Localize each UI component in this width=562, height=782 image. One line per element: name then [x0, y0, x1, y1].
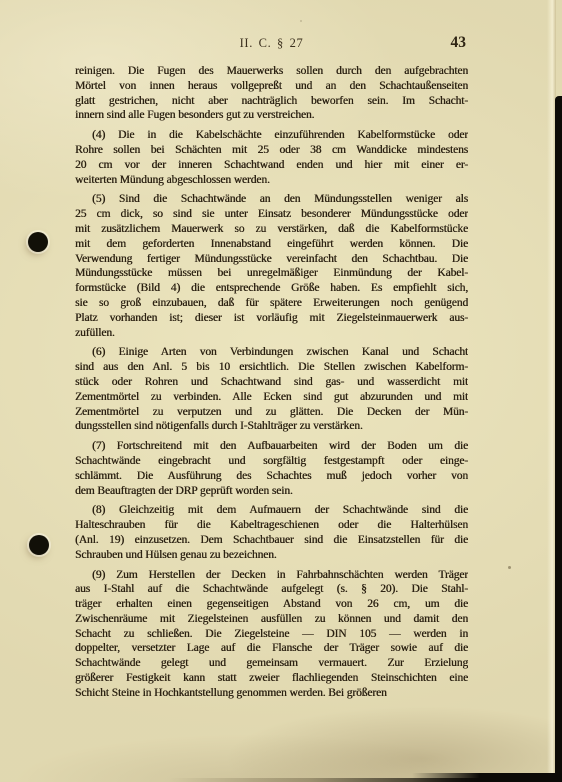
text-line: dungsstellen sind nötigenfalls durch I-S…	[75, 419, 468, 434]
text-line: Verwendung fertiger Mündungsstücke verei…	[75, 252, 468, 267]
paragraph: (8) Gleichzeitig mit dem Aufmauern der S…	[75, 503, 468, 562]
text-line: innern sind alle Fugen besonders gut zu …	[75, 108, 468, 123]
text-line: aus I-Stahl auf die Schachtwände aufgele…	[75, 582, 468, 597]
text-line: Rohre sollen bei Schächten mit 25 oder 3…	[75, 143, 468, 158]
text-line: sind aus den Anl. 5 bis 10 ersichtlich. …	[75, 360, 468, 375]
text-line: Mörtel von innen heraus vollgepreßt und …	[75, 79, 468, 94]
text-line: zufüllen.	[75, 326, 468, 341]
dust-speck	[508, 566, 511, 569]
paragraph: (7) Fortschreitend mit den Aufbauarbeite…	[75, 439, 468, 498]
text-line: (7) Fortschreitend mit den Aufbauarbeite…	[75, 439, 468, 454]
dust-speck	[300, 20, 302, 22]
text-line: Zementmörtel zu verputzen und zu glätten…	[75, 405, 468, 420]
text-line: Zwischenräume mit Ziegelsteinen ausfülle…	[75, 612, 468, 627]
text-block: reinigen. Die Fugen des Mauerwerks solle…	[75, 64, 468, 701]
text-line: schlämmt. Die Ausführung des Schachtes m…	[75, 469, 468, 484]
text-line: Schicht Steine in Hochkantstellung genom…	[75, 686, 468, 701]
paragraph: (4) Die in die Kabelschächte einzuführen…	[75, 128, 468, 187]
scan-edge-right	[555, 96, 562, 782]
text-line: 25 cm dick, so sind sie unter Einsatz be…	[75, 207, 468, 222]
text-line: größerer Festigkeit kann statt zweier fl…	[75, 671, 468, 686]
text-line: (4) Die in die Kabelschächte einzuführen…	[75, 128, 468, 143]
paragraph: (9) Zum Herstellen der Decken in Fahrbah…	[75, 568, 468, 701]
text-line: Schacht zu schließen. Die Ziegelsteine —…	[75, 627, 468, 642]
text-line: träger erhalten einen gegenseitigen Abst…	[75, 597, 468, 612]
text-line: glatt gestrichen, nicht aber nachträglic…	[75, 94, 468, 109]
text-line: sie so groß einzubauen, daß für spätere …	[75, 296, 468, 311]
scanned-book-page: II. C. § 27 43 reinigen. Die Fugen des M…	[0, 0, 562, 782]
scan-edge-corner	[412, 773, 562, 782]
text-line: mit dem geforderten Innenabstand eingefü…	[75, 237, 468, 252]
paragraph: reinigen. Die Fugen des Mauerwerks solle…	[75, 64, 468, 123]
text-line: Schrauben und Hülsen genau zu bezeichnen…	[75, 548, 468, 563]
text-line: (8) Gleichzeitig mit dem Aufmauern der S…	[75, 503, 468, 518]
text-line: (9) Zum Herstellen der Decken in Fahrbah…	[75, 568, 468, 583]
running-header: II. C. § 27	[75, 36, 468, 51]
punch-hole-bottom	[29, 535, 49, 555]
text-line: (6) Einige Arten von Verbindungen zwisch…	[75, 345, 468, 360]
text-line: 20 cm vor der inneren Schachtwand enden …	[75, 158, 468, 173]
text-line: stück oder Rohren und Schachtwand sind g…	[75, 375, 468, 390]
paragraph: (6) Einige Arten von Verbindungen zwisch…	[75, 345, 468, 434]
page-number: 43	[451, 34, 467, 52]
text-line: Schachtwände gelegt und gemeinsam vermau…	[75, 656, 468, 671]
text-line: Schachtwände eingebracht und sorgfältig …	[75, 454, 468, 469]
punch-hole-top	[28, 232, 48, 252]
text-line: (Anl. 19) einzusetzen. Dem Schachtbauer …	[75, 533, 468, 548]
text-line: weiterten Mündung abgeschlossen werden.	[75, 173, 468, 188]
page-header: II. C. § 27 43	[75, 36, 468, 54]
text-line: mit zusätzlichem Mauerwerk so zu verstär…	[75, 222, 468, 237]
text-line: doppelter, versetzter Lage auf die Flans…	[75, 641, 468, 656]
text-line: Zementmörtel zu verbinden. Alle Ecken si…	[75, 390, 468, 405]
text-line: Platz vorhanden ist; dieser ist vorläufi…	[75, 311, 468, 326]
text-line: (5) Sind die Schachtwände an den Mündung…	[75, 192, 468, 207]
paragraph: (5) Sind die Schachtwände an den Mündung…	[75, 192, 468, 340]
text-line: Halteschrauben für die Kabeltrageschiene…	[75, 518, 468, 533]
text-line: Mündungsstücke müssen bei unregelmäßiger…	[75, 266, 468, 281]
text-line: formstücke (Bild 4) die entsprechende Gr…	[75, 281, 468, 296]
text-line: dem Beauftragten der DRP geprüft worden …	[75, 484, 468, 499]
text-line: reinigen. Die Fugen des Mauerwerks solle…	[75, 64, 468, 79]
